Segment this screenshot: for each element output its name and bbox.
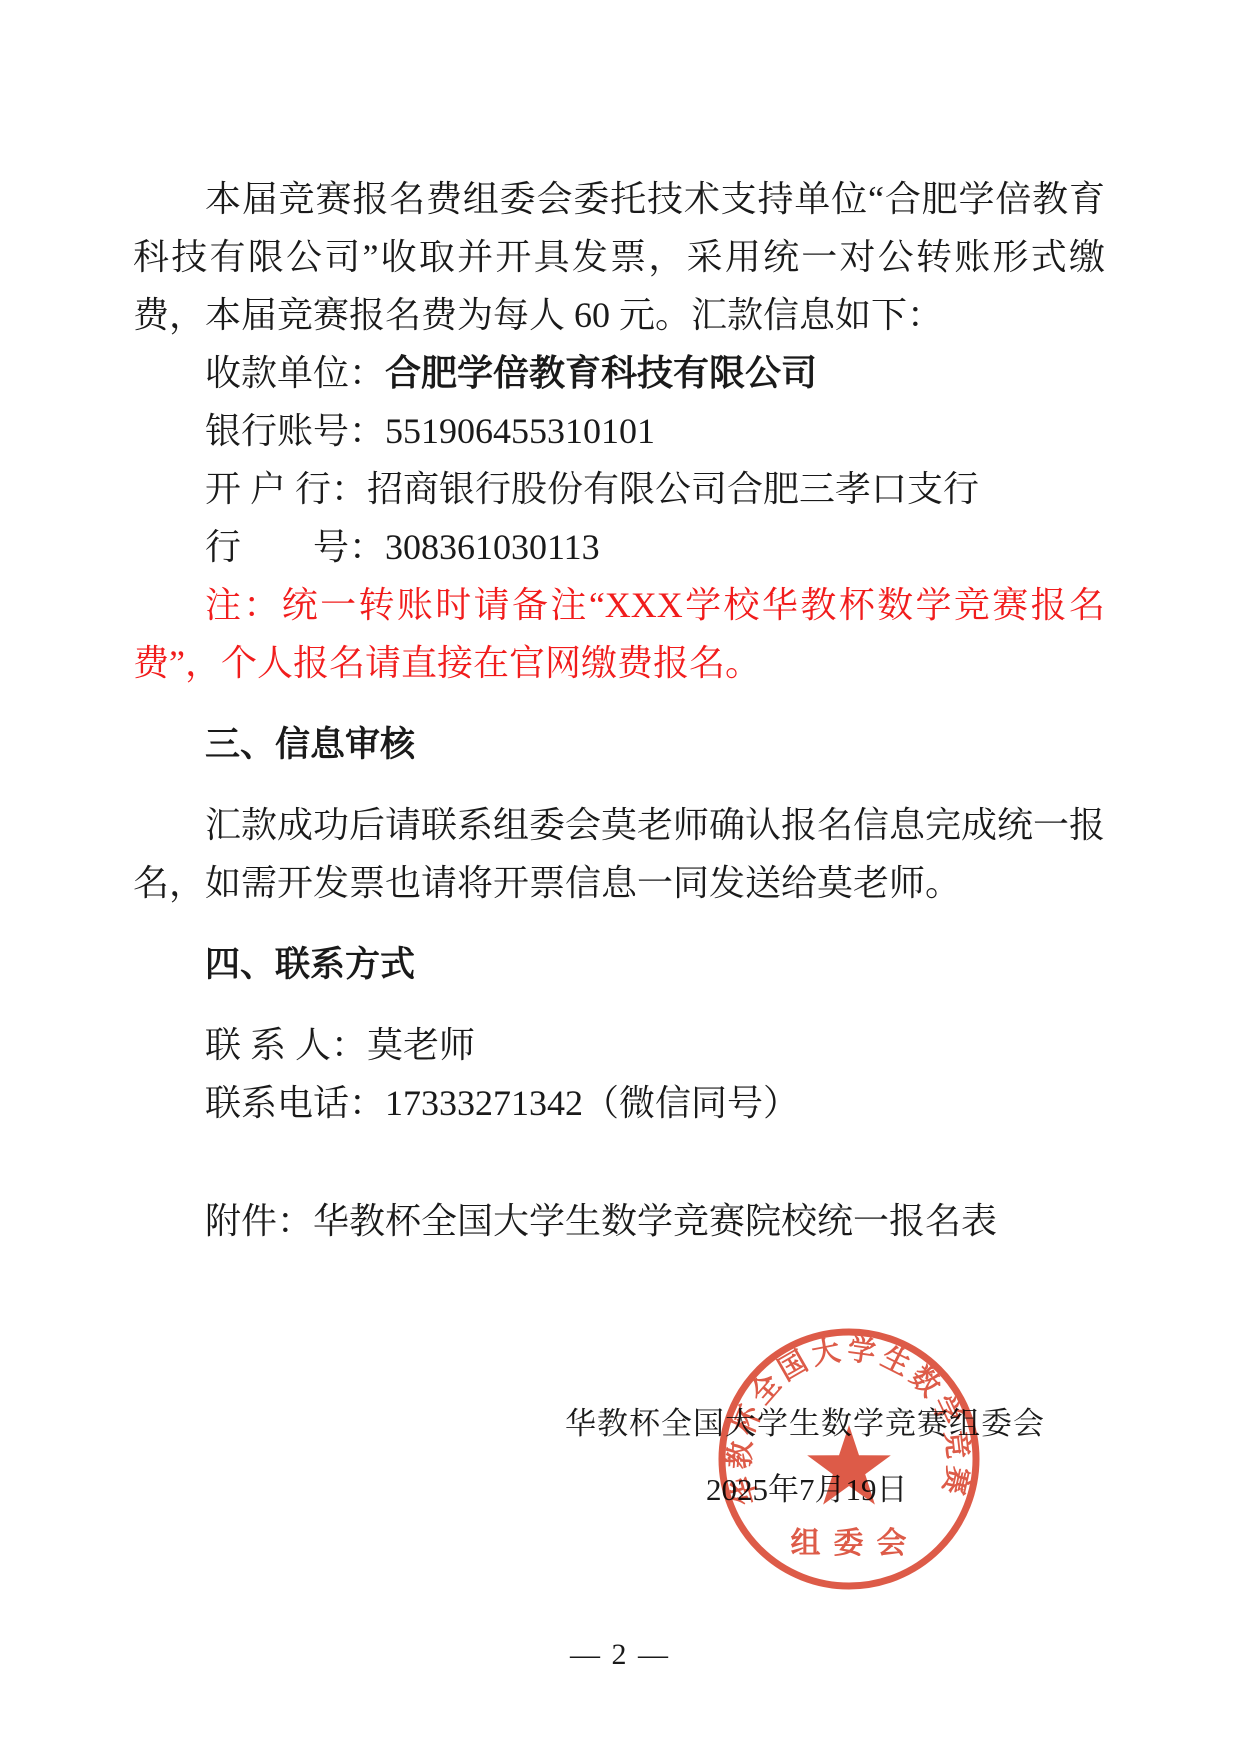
contact-label: 联 系 人： — [205, 1025, 367, 1065]
payment-row-payee: 收款单位：合肥学倍教育科技有限公司 — [133, 344, 1105, 402]
contact-row-phone: 联系电话：17333271342（微信同号） — [133, 1074, 1105, 1132]
contact-label: 联系电话： — [205, 1083, 385, 1123]
page-number: — 2 — — [0, 1638, 1240, 1672]
document-content: 本届竞赛报名费组委会委托技术支持单位“合肥学倍教育科技有限公司”收取并开具发票，… — [133, 170, 1105, 1250]
section-3-body: 汇款成功后请联系组委会莫老师确认报名信息完成统一报名，如需开发票也请将开票信息一… — [133, 796, 1105, 912]
intro-paragraph: 本届竞赛报名费组委会委托技术支持单位“合肥学倍教育科技有限公司”收取并开具发票，… — [133, 170, 1105, 344]
payment-label: 银行账号： — [205, 411, 385, 451]
seal-bottom-text: 组委会 — [791, 1526, 920, 1561]
payment-label: 开 户 行： — [205, 469, 367, 509]
document-page: 本届竞赛报名费组委会委托技术支持单位“合肥学倍教育科技有限公司”收取并开具发票，… — [0, 0, 1240, 1754]
section-heading-3: 三、信息审核 — [133, 716, 1105, 774]
payment-row-bank: 开 户 行：招商银行股份有限公司合肥三孝口支行 — [133, 460, 1105, 518]
contact-value: 17333271342（微信同号） — [385, 1083, 799, 1123]
payment-label: 行 号： — [205, 527, 385, 567]
payment-value: 551906455310101 — [385, 411, 655, 451]
payment-label: 收款单位： — [205, 353, 385, 393]
contact-row-person: 联 系 人：莫老师 — [133, 1016, 1105, 1074]
payment-value: 308361030113 — [385, 527, 600, 567]
red-note: 注：统一转账时请备注“XXX学校华教杯数学竞赛报名费”，个人报名请直接在官网缴费… — [133, 576, 1105, 692]
payment-value: 招商银行股份有限公司合肥三孝口支行 — [367, 469, 979, 509]
section-heading-4: 四、联系方式 — [133, 936, 1105, 994]
attachment-line: 附件：华教杯全国大学生数学竞赛院校统一报名表 — [133, 1192, 1105, 1250]
official-seal: 华教杯全国大学生数学竞赛 组委会 — [713, 1323, 985, 1595]
payment-row-account: 银行账号：551906455310101 — [133, 402, 1105, 460]
seal-star-icon — [807, 1425, 891, 1505]
contact-value: 莫老师 — [367, 1025, 475, 1065]
payment-value: 合肥学倍教育科技有限公司 — [385, 353, 817, 393]
payment-row-bankcode: 行 号：308361030113 — [133, 518, 1105, 576]
